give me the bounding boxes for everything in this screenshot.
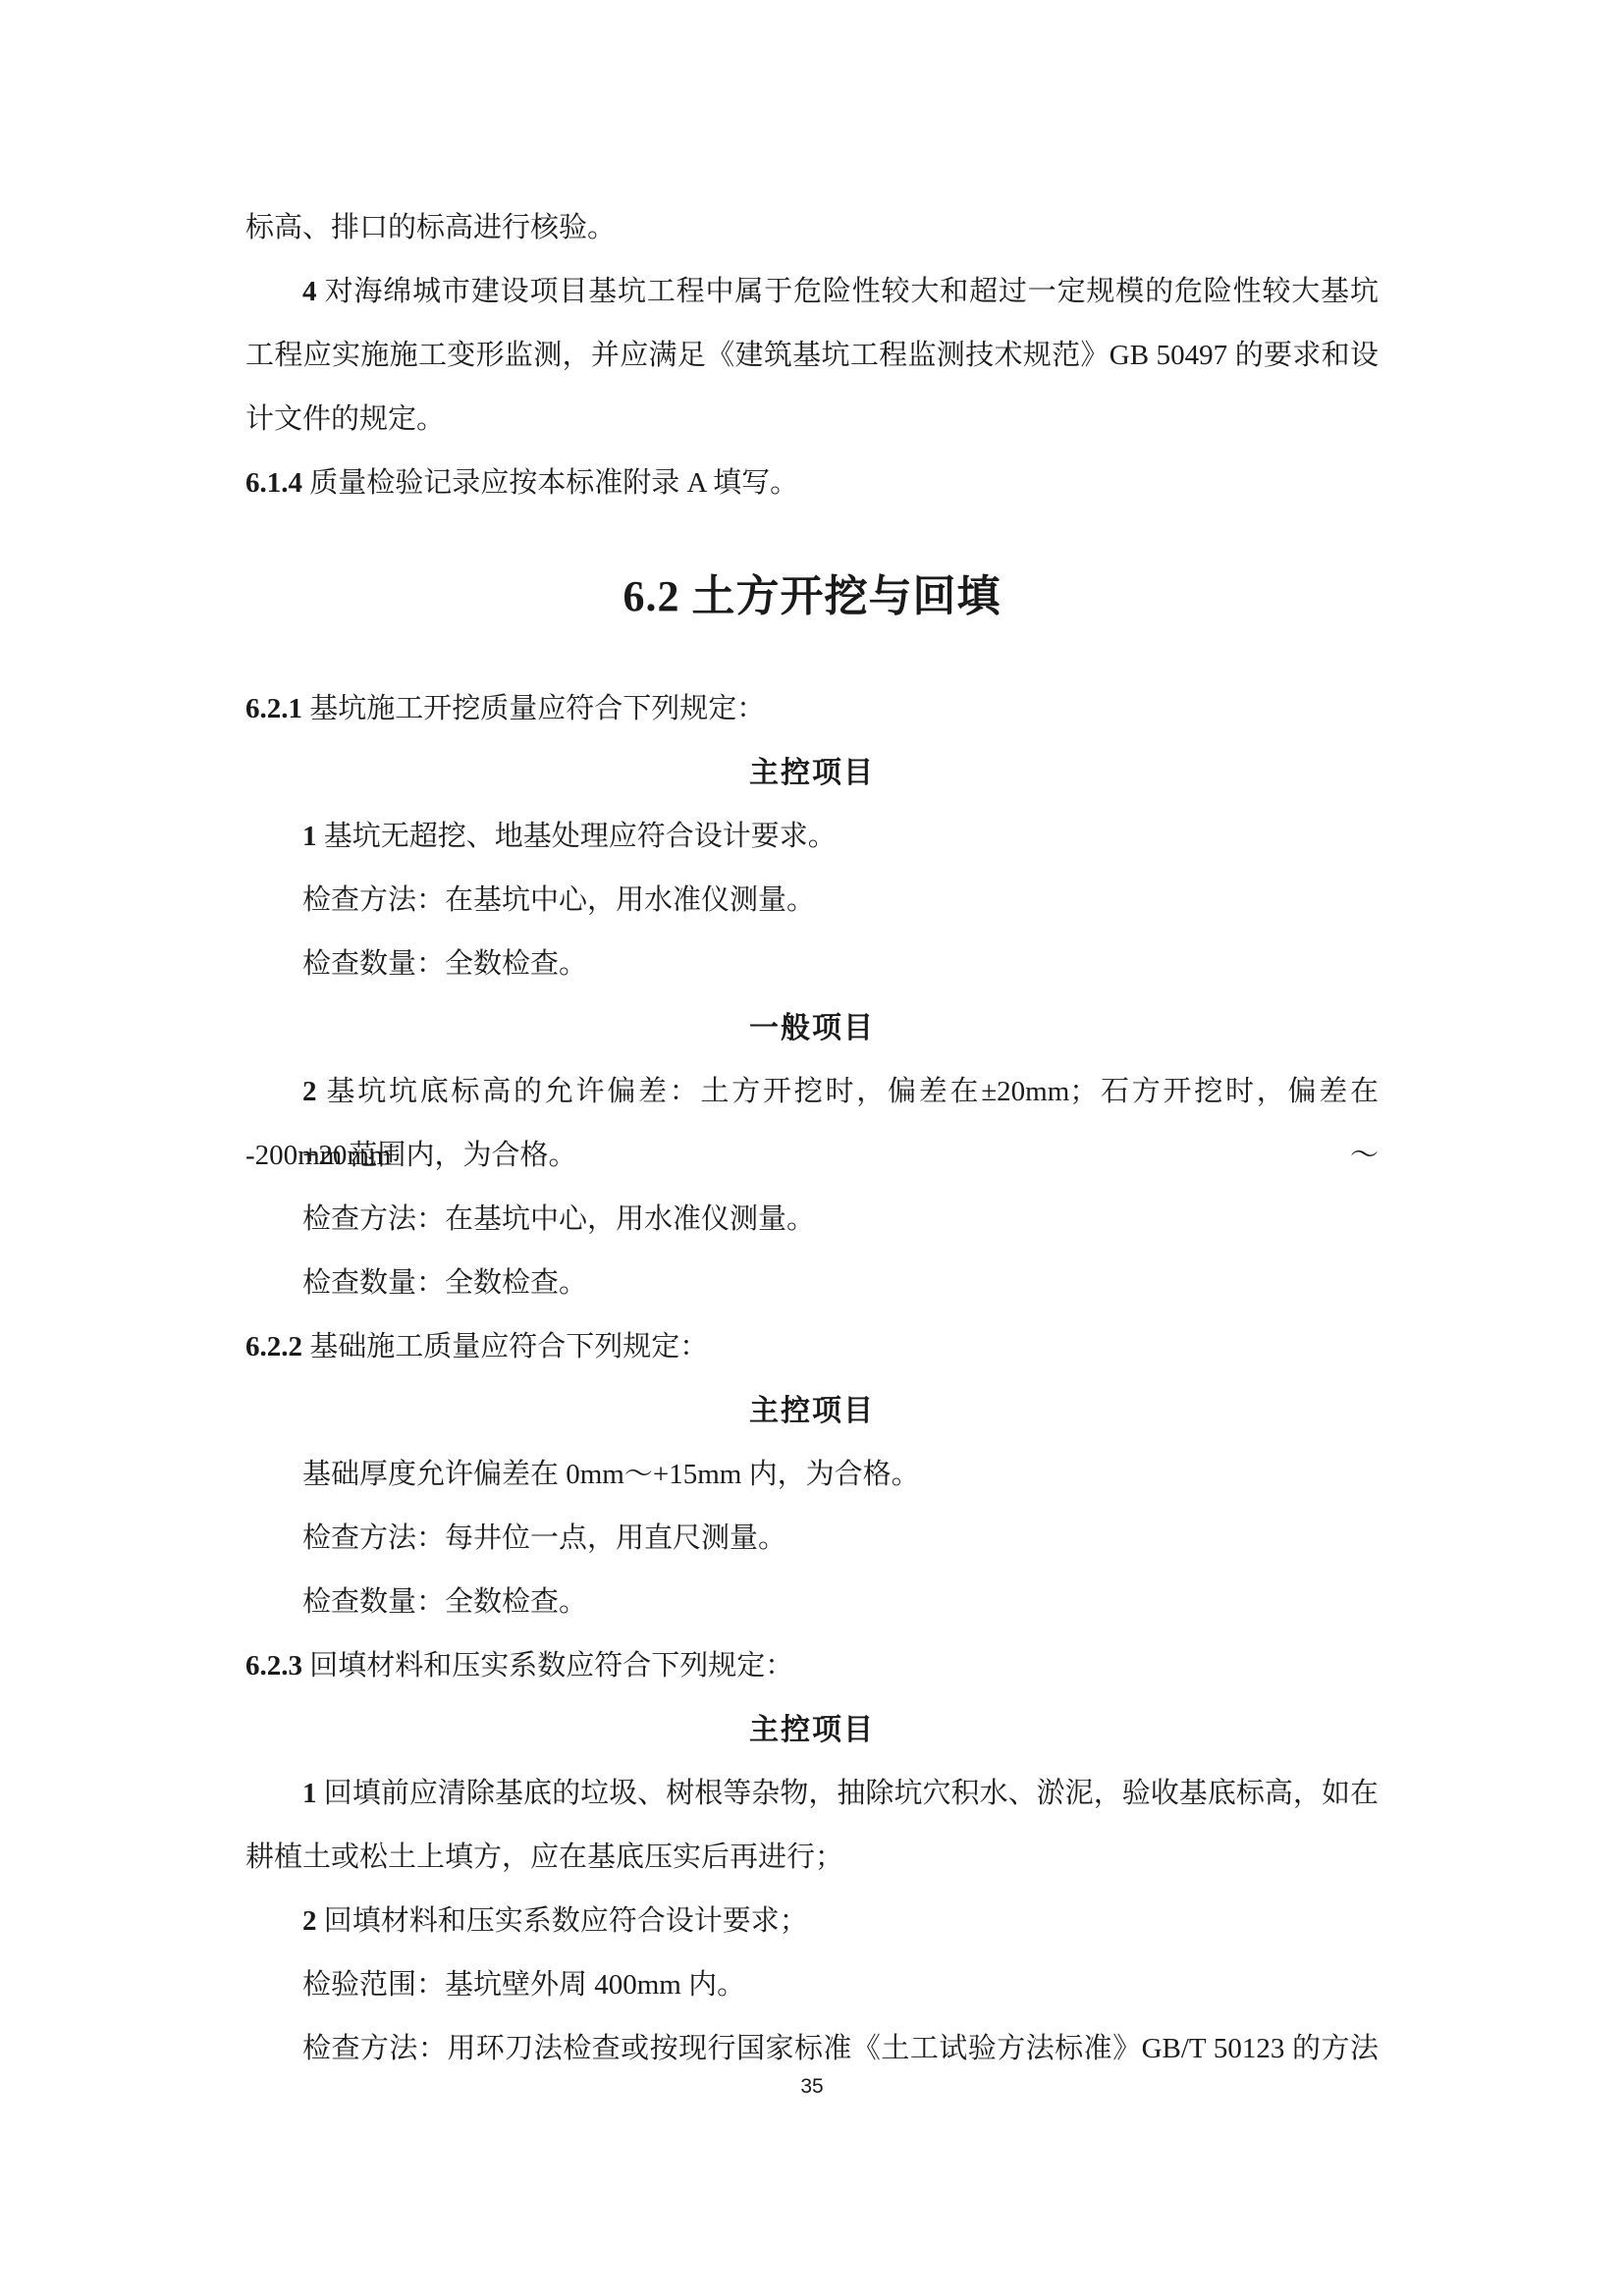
line-text: 计文件的规定。 <box>245 403 445 435</box>
line-text: 回填材料和压实系数应符合设计要求； <box>324 1905 808 1937</box>
line-text: 一般项目 <box>749 1012 875 1044</box>
line-text: 基础施工质量应符合下列规定： <box>309 1331 708 1362</box>
item-number: 4 <box>302 276 317 307</box>
line-text: 质量检验记录应按本标准附录 A 填写。 <box>309 467 798 499</box>
sub-heading: 一般项目 <box>245 996 1379 1060</box>
line-text: 基坑施工开挖质量应符合下列规定： <box>309 693 765 724</box>
line-text: 检查方法：在基坑中心，用水准仪测量。 <box>302 884 815 916</box>
document-page: 标高、排口的标高进行核验。4 对海绵城市建设项目基坑工程中属于危险性较大和超过一… <box>0 0 1624 2296</box>
section-heading: 6.2 土方开挖与回填 <box>245 515 1379 677</box>
line-text: -200mm 范围内，为合格。 <box>245 1140 577 1171</box>
line-text: 回填材料和压实系数应符合下列规定： <box>309 1650 793 1682</box>
line-text: 标高、排口的标高进行核验。 <box>245 212 616 243</box>
text-line: 耕植土或松土上填方，应在基底压实后再进行； <box>245 1826 1379 1890</box>
line-text: 耕植土或松土上填方，应在基底压实后再进行； <box>245 1842 843 1873</box>
item-number: 2 <box>302 1905 317 1937</box>
sub-heading: 主控项目 <box>245 1379 1379 1443</box>
line-text: 检查方法：用环刀法检查或按现行国家标准《土工试验方法标准》GB/T 50123 … <box>302 2033 1379 2064</box>
line-text: 6.2 土方开挖与回填 <box>623 572 1001 620</box>
text-line: 6.2.3 回填材料和压实系数应符合下列规定： <box>245 1634 1379 1698</box>
line-text: 检验范围：基坑壁外周 400mm 内。 <box>302 1969 745 2001</box>
line-text: 主控项目 <box>749 1714 875 1746</box>
text-line: 1 基坑无超挖、地基处理应符合设计要求。 <box>245 805 1379 869</box>
item-number: 6.2.2 <box>245 1331 302 1362</box>
text-line: 工程应实施施工变形监测，并应满足《建筑基坑工程监测技术规范》GB 50497 的… <box>245 324 1379 388</box>
text-line: 4 对海绵城市建设项目基坑工程中属于危险性较大和超过一定规模的危险性较大基坑 <box>245 260 1379 324</box>
item-number: 1 <box>302 821 317 852</box>
line-text: 检查方法：每井位一点，用直尺测量。 <box>302 1522 786 1554</box>
item-number: 2 <box>302 1076 317 1107</box>
line-text: 检查方法：在基坑中心，用水准仪测量。 <box>302 1203 815 1235</box>
line-text: 检查数量：全数检查。 <box>302 948 587 980</box>
line-text: 检查数量：全数检查。 <box>302 1267 587 1299</box>
text-line: 基础厚度允许偏差在 0mm～+15mm 内，为合格。 <box>245 1443 1379 1507</box>
line-text: 基坑无超挖、地基处理应符合设计要求。 <box>324 821 837 852</box>
text-line: 6.1.4 质量检验记录应按本标准附录 A 填写。 <box>245 452 1379 515</box>
sub-heading: 主控项目 <box>245 1698 1379 1762</box>
text-line: 检验范围：基坑壁外周 400mm 内。 <box>245 1953 1379 2017</box>
line-text: 基础厚度允许偏差在 0mm～+15mm 内，为合格。 <box>302 1459 920 1490</box>
text-line: 标高、排口的标高进行核验。 <box>245 196 1379 260</box>
line-text: 主控项目 <box>749 757 875 789</box>
page-number: 35 <box>245 2071 1379 2103</box>
text-line: 6.2.2 基础施工质量应符合下列规定： <box>245 1315 1379 1379</box>
document-body: 标高、排口的标高进行核验。4 对海绵城市建设项目基坑工程中属于危险性较大和超过一… <box>245 196 1379 2081</box>
item-number: 1 <box>302 1778 317 1809</box>
text-line: 检查数量：全数检查。 <box>245 1571 1379 1634</box>
text-line: 计文件的规定。 <box>245 388 1379 452</box>
text-line: 检查方法：在基坑中心，用水准仪测量。 <box>245 869 1379 933</box>
text-line: 1 回填前应清除基底的垃圾、树根等杂物，抽除坑穴积水、淤泥，验收基底标高，如在 <box>245 1762 1379 1826</box>
line-text: 检查数量：全数检查。 <box>302 1586 587 1618</box>
text-line: 6.2.1 基坑施工开挖质量应符合下列规定： <box>245 677 1379 741</box>
text-line: 2 基坑坑底标高的允许偏差：土方开挖时，偏差在±20mm；石方开挖时，偏差在+2… <box>245 1060 1379 1124</box>
text-line: 检查方法：在基坑中心，用水准仪测量。 <box>245 1188 1379 1252</box>
line-text: 对海绵城市建设项目基坑工程中属于危险性较大和超过一定规模的危险性较大基坑 <box>325 276 1379 307</box>
sub-heading: 主控项目 <box>245 741 1379 805</box>
item-number: 6.2.3 <box>245 1650 302 1682</box>
item-number: 6.2.1 <box>245 693 302 724</box>
line-text: 工程应实施施工变形监测，并应满足《建筑基坑工程监测技术规范》GB 50497 的… <box>245 340 1379 371</box>
item-number: 6.1.4 <box>245 467 302 499</box>
text-line: 2 回填材料和压实系数应符合设计要求； <box>245 1890 1379 1953</box>
text-line: 检查数量：全数检查。 <box>245 933 1379 996</box>
text-line: 检查方法：每井位一点，用直尺测量。 <box>245 1507 1379 1571</box>
text-line: 检查数量：全数检查。 <box>245 1252 1379 1315</box>
line-text: 回填前应清除基底的垃圾、树根等杂物，抽除坑穴积水、淤泥，验收基底标高，如在 <box>324 1778 1379 1809</box>
line-text: 主控项目 <box>749 1395 875 1427</box>
